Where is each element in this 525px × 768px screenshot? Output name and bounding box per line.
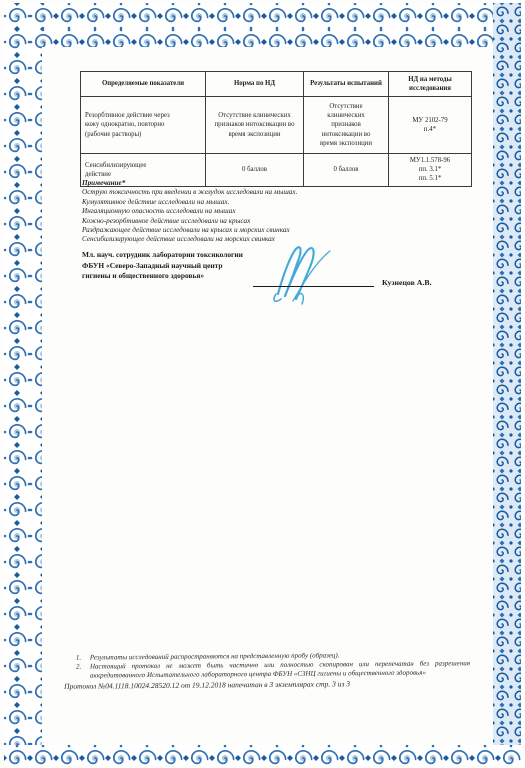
column-header-results: Результаты испытаний <box>304 72 389 97</box>
note-line: Кумулятивное действие исследовали на мыш… <box>82 198 297 207</box>
footer-item-number: 2. <box>76 663 90 681</box>
document-page: Определяемые показатели Норма по НД Резу… <box>0 0 525 768</box>
signature-image <box>262 242 362 306</box>
cell-method: МУ 2102-79 п.4* <box>389 97 472 154</box>
table-row: Резорбтивное действие через кожу однокра… <box>81 97 472 154</box>
ornamental-border-top <box>4 3 521 47</box>
table-header-row: Определяемые показатели Норма по НД Резу… <box>81 72 472 97</box>
cell-result: 0 баллов <box>304 154 389 187</box>
cell-indicator: Резорбтивное действие через кожу однокра… <box>81 97 206 154</box>
footer-item-number: 1. <box>76 654 90 663</box>
notes-section: Примечание* Острую токсичность при введе… <box>82 179 297 245</box>
signatory-name: Кузнецов А.В. <box>382 278 432 287</box>
ornamental-border-left <box>4 3 42 764</box>
note-line: Кожно-резорбтивное действие исследовали … <box>82 217 297 226</box>
footer-item: 2. Настоящий протокол не может быть част… <box>64 659 470 681</box>
footer-section: 1. Результаты исследований распространяю… <box>64 650 470 692</box>
note-line: Острую токсичность при введении в желудо… <box>82 188 297 197</box>
results-table: Определяемые показатели Норма по НД Резу… <box>80 71 472 187</box>
column-header-norm: Норма по НД <box>206 72 304 97</box>
footer-item-text: Настоящий протокол не может быть частичн… <box>90 659 470 680</box>
cell-method: МУ1.1.578-96 пп. 3.1* пп. 5.1* <box>389 154 472 187</box>
column-header-indicators: Определяемые показатели <box>81 72 206 97</box>
notes-title: Примечание* <box>82 179 297 188</box>
note-line: Ингаляционную опасность исследовали на м… <box>82 207 297 216</box>
note-line: Раздражающее действие исследовали на кры… <box>82 226 297 235</box>
protocol-line: Протокол №04.1118.10024.28520.12 от 19.1… <box>64 678 470 692</box>
column-header-methods: НД на методы исследования <box>389 72 472 97</box>
cell-result: Отсутствие клинических признаков интокси… <box>304 97 389 154</box>
ornamental-border-right <box>493 3 521 764</box>
signature-line <box>253 286 374 287</box>
ornamental-border-bottom <box>4 745 521 765</box>
cell-norm: Отсутствие клинических признаков интокси… <box>206 97 304 154</box>
